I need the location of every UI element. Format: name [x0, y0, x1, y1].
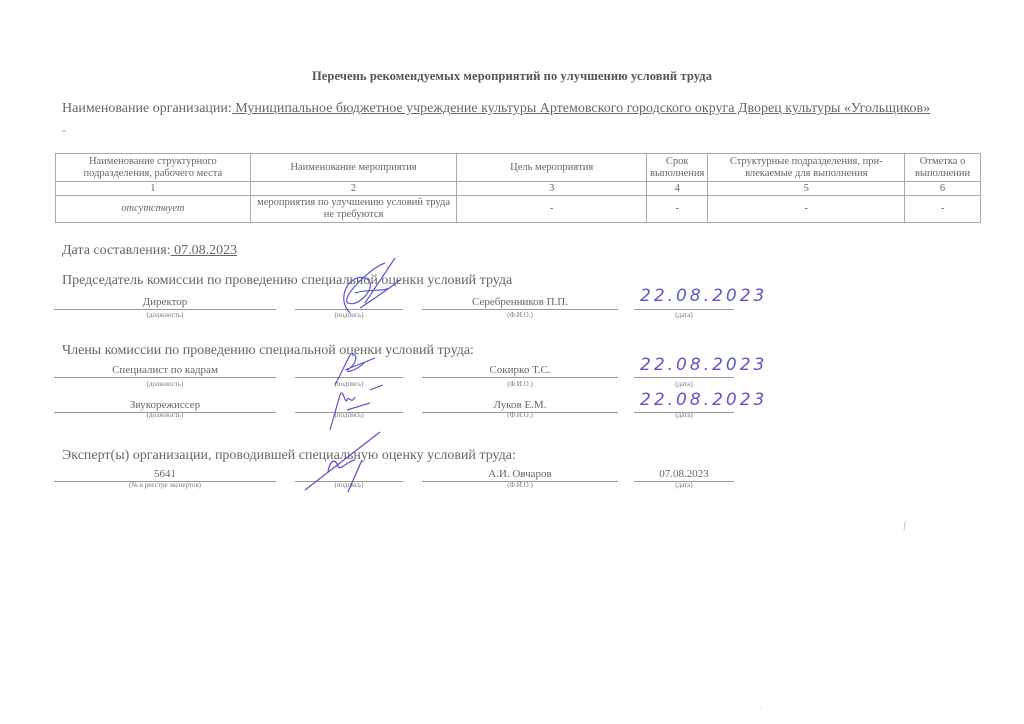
caption-date: (дата): [634, 380, 734, 388]
compiled-date-value: 07.08.2023: [171, 243, 238, 258]
member-2-handwritten-date: 22.08.2023: [640, 390, 767, 410]
member-2-signature-icon: [325, 385, 385, 435]
caption-date: (дата): [634, 481, 734, 489]
header-cell: Отметка о выполнении: [905, 154, 981, 182]
expert-name: А.И. Овчаров: [422, 467, 618, 482]
column-number: 4: [647, 182, 708, 196]
caption-position: (должность): [54, 311, 276, 319]
caption-position: (должность): [54, 411, 276, 419]
chairman-handwritten-date: 22.08.2023: [640, 286, 767, 306]
table-cell: мероприятия по улучшению условий труда н…: [250, 196, 457, 223]
header-cell: Срок выполнения: [647, 154, 708, 182]
table-row: отсутствует мероприятия по улучшению усл…: [56, 196, 981, 223]
table-cell: -: [647, 196, 708, 223]
column-number: 6: [905, 182, 981, 196]
organization-line: Наименование организации: Муниципальное …: [62, 101, 930, 117]
chairman-heading: Председатель комиссии по проведению спец…: [62, 273, 512, 289]
caption-date: (дата): [634, 411, 734, 419]
expert-registry-number: 5641: [54, 467, 276, 482]
chairman-name: Серебренников П.П.: [422, 295, 618, 310]
chairman-signature-icon: [330, 258, 410, 328]
member-1-signature-icon: [330, 350, 390, 390]
organization-continuation: -: [62, 123, 66, 138]
expert-heading: Эксперт(ы) организации, проводившей спец…: [62, 448, 516, 464]
column-number: 1: [56, 182, 251, 196]
chairman-position: Директор: [54, 295, 276, 310]
measures-table: Наименование структурного подразделения,…: [55, 153, 981, 223]
organization-value: Муниципальное бюджетное учреждение культ…: [232, 101, 930, 116]
table-cell: -: [457, 196, 647, 223]
header-cell: Структурные подразделения, при-влекаемые…: [708, 154, 905, 182]
table-header-row: Наименование структурного подразделения,…: [56, 154, 981, 182]
table-cell: -: [905, 196, 981, 223]
compiled-date-label: Дата составления:: [62, 243, 171, 258]
compiled-date-line: Дата составления: 07.08.2023: [62, 243, 237, 259]
organization-label: Наименование организации:: [62, 101, 232, 116]
table-cell: отсутствует: [56, 196, 251, 223]
table-cell: -: [708, 196, 905, 223]
header-cell: Цель мероприятия: [457, 154, 647, 182]
document-title: Перечень рекомендуемых мероприятий по ул…: [0, 69, 1024, 84]
expert-date: 07.08.2023: [634, 467, 734, 482]
header-cell: Наименование мероприятия: [250, 154, 457, 182]
caption-fio: (Ф.И.О.): [422, 311, 618, 319]
member-1-handwritten-date: 22.08.2023: [640, 355, 767, 375]
column-number-row: 1 2 3 4 5 6: [56, 182, 981, 196]
caption-position: (должность): [54, 380, 276, 388]
caption-fio: (Ф.И.О.): [422, 481, 618, 489]
member-1-position: Специалист по кадрам: [54, 363, 276, 378]
header-cell: Наименование структурного подразделения,…: [56, 154, 251, 182]
caption-registry: (№ в реестре экспертов): [54, 481, 276, 489]
caption-date: (дата): [634, 311, 734, 319]
caption-fio: (Ф.И.О.): [422, 411, 618, 419]
column-number: 2: [250, 182, 457, 196]
column-number: 3: [457, 182, 647, 196]
caption-fio: (Ф.И.О.): [422, 380, 618, 388]
column-number: 5: [708, 182, 905, 196]
scan-mark: ': [760, 708, 761, 714]
expert-signature-icon: [300, 430, 390, 495]
scan-mark: ʃ: [903, 520, 906, 531]
members-heading: Члены комиссии по проведению специальной…: [62, 343, 474, 359]
member-1-name: Сокирко Т.С.: [422, 363, 618, 378]
